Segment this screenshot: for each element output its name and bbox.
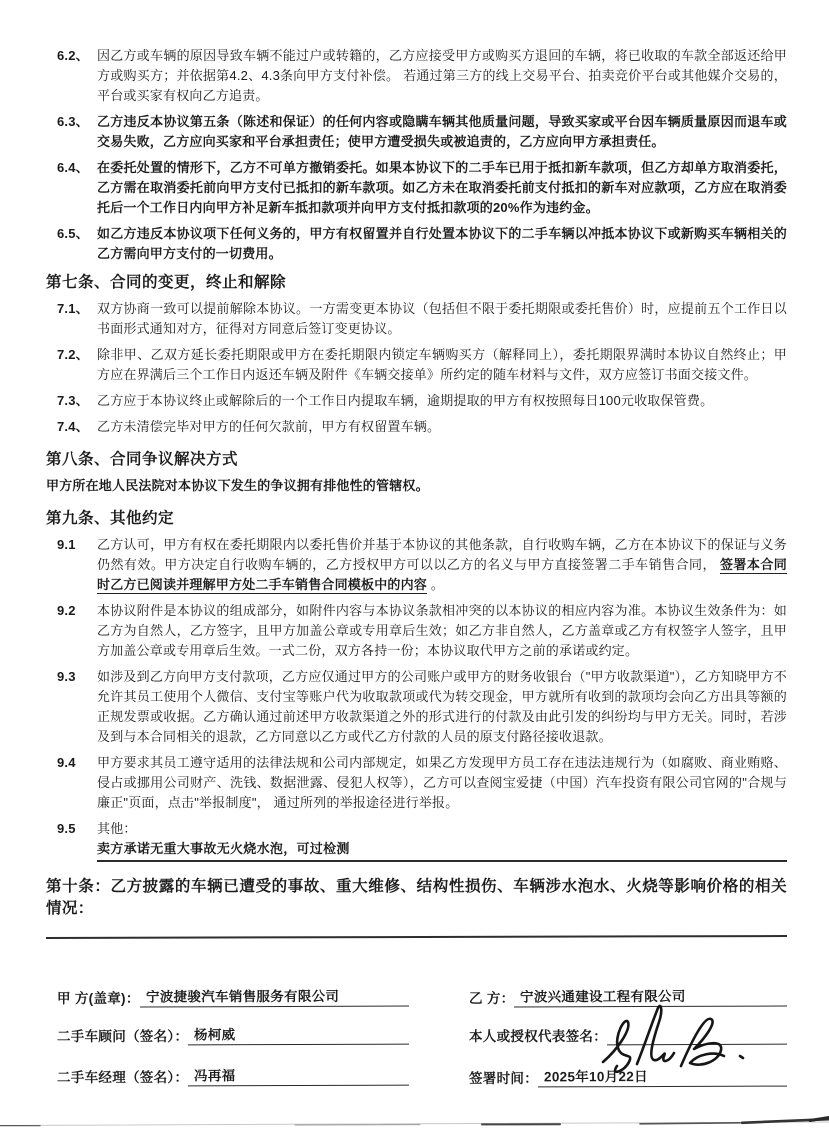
- clause-number: 9.2: [57, 601, 97, 661]
- clause-text: 甲方要求其员工遵守适用的法律法规和公司内部规定，如果乙方发现甲方员工存在违法违规…: [97, 753, 787, 813]
- clause-text: 除非甲、乙双方延长委托期限或甲方在委托期限内锁定车辆购买方（解释同上），委托期限…: [97, 345, 787, 385]
- clause-text: 双方协商一致可以提前解除本协议。一方需变更本协议（包括但不限于委托期限或委托售价…: [97, 299, 787, 339]
- clause-9-5: 9.5 其他：: [57, 819, 787, 839]
- clause-text: 在委托处置的情形下，乙方不可单方撤销委托。如果本协议下的二手车已用于抵扣新车款项…: [97, 158, 787, 218]
- clause-number: 6.2、: [57, 46, 97, 106]
- rep-signature-row: 本人或授权代表签名：: [469, 1024, 787, 1045]
- rep-signature-label: 本人或授权代表签名：: [469, 1025, 607, 1045]
- clause-number: 7.4、: [57, 417, 97, 437]
- clause-6-2: 6.2、 因乙方或车辆的原因导致车辆不能过户或转籍的，乙方应接受甲方或购买方退回…: [57, 46, 787, 106]
- advisor-row: 二手车顾问（签名）： 杨柯威: [57, 1024, 409, 1045]
- manager-row: 二手车经理（签名）： 冯再福: [57, 1065, 409, 1086]
- clause-9-4: 9.4 甲方要求其员工遵守适用的法律法规和公司内部规定，如果乙方发现甲方员工存在…: [57, 753, 787, 813]
- advisor-value: 杨柯威: [188, 1023, 409, 1046]
- clause-text: 乙方认可，甲方有权在委托期限内以委托售价并基于本协议的其他条款，自行收购车辆，乙…: [97, 535, 787, 595]
- clause-7-1: 7.1、 双方协商一致可以提前解除本协议。一方需变更本协议（包括但不限于委托期限…: [57, 299, 787, 339]
- clause-number: 6.3、: [57, 112, 97, 152]
- clause-text: 乙方违反本协议第五条（陈述和保证）的任何内容或隐瞒车辆其他质量问题，导致买家或平…: [97, 112, 787, 152]
- clause-7-3: 7.3、 乙方应于本协议终止或解除后的一个工作日内提取车辆，逾期提取的甲方有权按…: [57, 391, 787, 411]
- clause-number: 6.5、: [57, 224, 97, 264]
- advisor-label: 二手车顾问（签名）：: [57, 1025, 188, 1045]
- clause-9-2: 9.2 本协议附件是本协议的组成部分，如附件内容与本协议条款相冲突的以本协议的相…: [57, 601, 787, 661]
- section-8-title: 第八条、合同争议解决方式: [46, 447, 787, 469]
- party-a-label: 甲 方(盖章)：: [57, 987, 140, 1007]
- party-a-row: 甲 方(盖章)： 宁波捷骏汽车销售服务有限公司: [57, 986, 409, 1007]
- clause-9-5-fill-line: 卖方承诺无重大事故无火烧水泡，可过检测: [97, 839, 787, 862]
- section-10-blank-line: [46, 935, 787, 939]
- party-b-value: 宁波兴通建设工程有限公司: [514, 985, 787, 1008]
- rep-signature-line: [607, 1043, 787, 1046]
- section-7-title: 第七条、合同的变更，终止和解除: [46, 270, 787, 292]
- clause-number: 9.1: [57, 535, 97, 595]
- clause-text: 乙方未清偿完毕对甲方的任何欠款前，甲方有权留置车辆。: [97, 417, 787, 437]
- party-b-row: 乙 方： 宁波兴通建设工程有限公司: [469, 986, 787, 1007]
- party-b-column: 乙 方： 宁波兴通建设工程有限公司 本人或授权代表签名： 签署时间： 2025年…: [469, 986, 787, 1104]
- clause-text-pre: 乙方认可，甲方有权在委托期限内以委托售价并基于本协议的其他条款，自行收购车辆，乙…: [97, 537, 787, 572]
- clause-text: 如乙方违反本协议项下任何义务的，甲方有权留置并自行处置本协议下的二手车辆以冲抵本…: [97, 224, 787, 264]
- clause-9-5-fill-text: 卖方承诺无重大事故无火烧水泡，可过检测: [97, 841, 350, 856]
- party-a-column: 甲 方(盖章)： 宁波捷骏汽车销售服务有限公司 二手车顾问（签名）： 杨柯威 二…: [57, 986, 409, 1104]
- sign-date-row: 签署时间： 2025年10月22日: [469, 1066, 787, 1087]
- sign-date-label: 签署时间：: [469, 1067, 538, 1087]
- party-b-label: 乙 方：: [469, 987, 514, 1007]
- sign-date-value: 2025年10月22日: [538, 1065, 787, 1088]
- clause-number: 9.4: [57, 753, 97, 813]
- clause-number: 6.4、: [57, 158, 97, 218]
- clause-text-post: 。: [427, 577, 444, 592]
- manager-label: 二手车经理（签名）：: [57, 1066, 188, 1086]
- clause-text: 如涉及到乙方向甲方支付款项，乙方应仅通过甲方的公司账户或甲方的财务收银台（"甲方…: [97, 667, 787, 747]
- party-a-value: 宁波捷骏汽车销售服务有限公司: [140, 985, 409, 1008]
- clause-6-4: 6.4、 在委托处置的情形下，乙方不可单方撤销委托。如果本协议下的二手车已用于抵…: [57, 158, 787, 218]
- section-9-title: 第九条、其他约定: [46, 506, 787, 528]
- clause-7-4: 7.4、 乙方未清偿完毕对甲方的任何欠款前，甲方有权留置车辆。: [57, 417, 787, 437]
- clause-text: 因乙方或车辆的原因导致车辆不能过户或转籍的，乙方应接受甲方或购买方退回的车辆，将…: [97, 46, 787, 106]
- clause-text: 本协议附件是本协议的组成部分，如附件内容与本协议条款相冲突的以本协议的相应内容为…: [97, 601, 787, 661]
- manager-value: 冯再福: [188, 1064, 409, 1087]
- clause-number: 9.3: [57, 667, 97, 747]
- clause-7-2: 7.2、 除非甲、乙双方延长委托期限或甲方在委托期限内锁定车辆购买方（解释同上）…: [57, 345, 787, 385]
- clause-number: 7.1、: [57, 299, 97, 339]
- clause-9-1: 9.1 乙方认可，甲方有权在委托期限内以委托售价并基于本协议的其他条款，自行收购…: [57, 535, 787, 595]
- clause-label: 其他：: [97, 819, 787, 839]
- section-10-title: 第十条：乙方披露的车辆已遭受的事故、重大维修、结构性损伤、车辆涉水泡水、火烧等影…: [46, 876, 787, 920]
- contract-page: 6.2、 因乙方或车辆的原因导致车辆不能过户或转籍的，乙方应接受甲方或购买方退回…: [0, 0, 829, 1141]
- signature-block: 甲 方(盖章)： 宁波捷骏汽车销售服务有限公司 二手车顾问（签名）： 杨柯威 二…: [46, 986, 787, 1104]
- scan-edge-artifact: [0, 1116, 829, 1128]
- clause-number: 9.5: [57, 819, 97, 839]
- clause-number: 7.2、: [57, 345, 97, 385]
- section-8-body: 甲方所在地人民法院对本协议下发生的争议拥有排他性的管辖权。: [46, 476, 787, 496]
- clause-9-3: 9.3 如涉及到乙方向甲方支付款项，乙方应仅通过甲方的公司账户或甲方的财务收银台…: [57, 667, 787, 747]
- clause-6-3: 6.3、 乙方违反本协议第五条（陈述和保证）的任何内容或隐瞒车辆其他质量问题，导…: [57, 112, 787, 152]
- clause-text: 乙方应于本协议终止或解除后的一个工作日内提取车辆，逾期提取的甲方有权按照每日10…: [97, 391, 787, 411]
- clause-number: 7.3、: [57, 391, 97, 411]
- clause-6-5: 6.5、 如乙方违反本协议项下任何义务的，甲方有权留置并自行处置本协议下的二手车…: [57, 224, 787, 264]
